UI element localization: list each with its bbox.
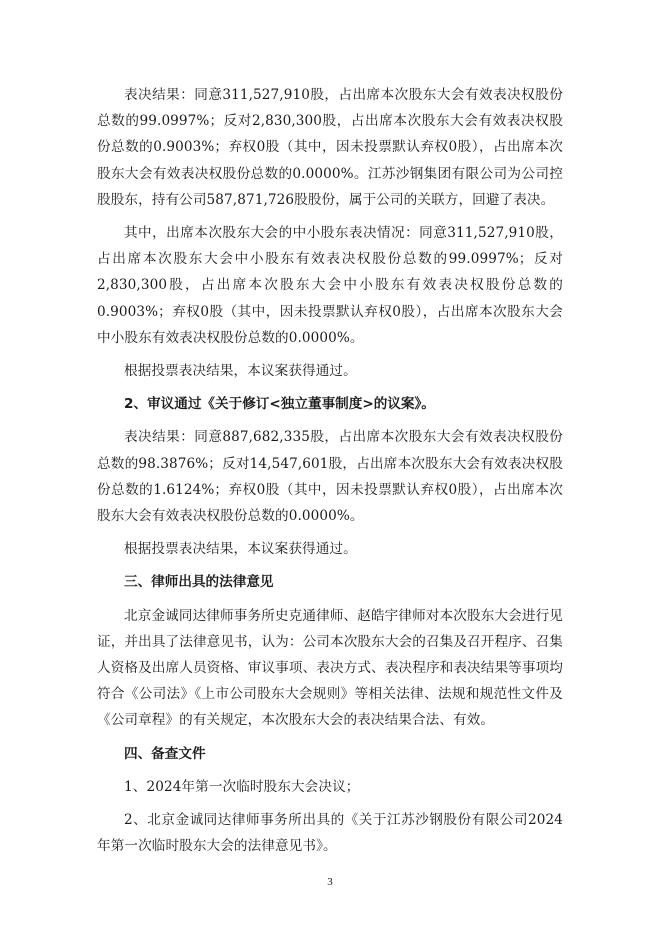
document-page: 表决结果：同意311,527,910股，占出席本次股东大会有效表决权股份总数的9… [97, 82, 563, 859]
conclusion-paragraph: 根据投票表决结果，本议案获得通过。 [97, 358, 563, 384]
item2-heading: 2、审议通过《关于修订<独立董事制度>的议案》。 [97, 391, 563, 417]
reference-file-2: 2、北京金诚同达律师事务所出具的《关于江苏沙钢股份有限公司2024年第一次临时股… [97, 807, 563, 859]
item2-conclusion: 根据投票表决结果，本议案获得通过。 [97, 536, 563, 562]
vote-result-paragraph: 表决结果：同意311,527,910股，占出席本次股东大会有效表决权股份总数的9… [97, 82, 563, 213]
section3-heading: 三、律师出具的法律意见 [97, 569, 563, 595]
minority-vote-paragraph: 其中，出席本次股东大会的中小股东表决情况：同意311,527,910股，占出席本… [97, 220, 563, 351]
page-number: 3 [0, 876, 660, 888]
legal-opinion-paragraph: 北京金诚同达律师事务所史克通律师、赵皓宇律师对本次股东大会进行见证，并出具了法律… [97, 603, 563, 734]
item2-vote-result: 表决结果：同意887,682,335股，占出席本次股东大会有效表决权股份总数的9… [97, 424, 563, 529]
section4-heading: 四、备查文件 [97, 741, 563, 767]
reference-file-1: 1、2024年第一次临时股东大会决议； [97, 774, 563, 800]
